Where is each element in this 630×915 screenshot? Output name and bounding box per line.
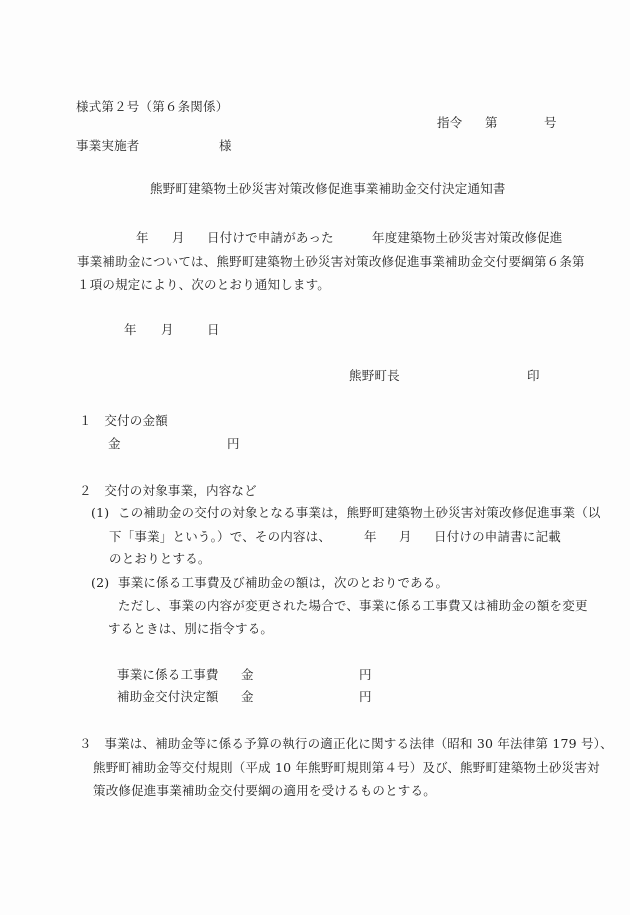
recipient-label: 事業実施者 bbox=[76, 138, 140, 154]
intro-rest: 日付けで申請があった bbox=[207, 230, 334, 246]
item-1-line-2: 下「事業」という。）で、その内容は、 bbox=[109, 529, 331, 545]
item-1-year: 年 bbox=[364, 529, 377, 545]
date-day: 日 bbox=[207, 322, 220, 338]
section-1-heading: １ 交付の金額 bbox=[79, 413, 168, 429]
item-1-rest: 日付けの申請書に記載 bbox=[434, 529, 561, 545]
amount-row-prefix: 金 bbox=[241, 689, 254, 705]
item-1-line-1: この補助金の交付の対象となる事業は，熊野町建築物土砂災害対策改修促進事業（以 bbox=[118, 505, 601, 521]
intro-month: 月 bbox=[172, 230, 185, 246]
intro-year: 年 bbox=[136, 230, 149, 246]
amount-row-prefix: 金 bbox=[241, 667, 254, 683]
section-3-line-2: 熊野町補助金等交付規則（平成 10 年熊野町規則第４号）及び、熊野町建築物土砂災… bbox=[93, 760, 600, 776]
item-2-marker: (2) bbox=[91, 575, 109, 591]
intro-line-2: 事業補助金については、熊野町建築物土砂災害対策改修促進事業補助金交付要綱第６条第 bbox=[77, 254, 585, 270]
section-1-amount-unit: 円 bbox=[227, 436, 240, 452]
item-1-marker: (1) bbox=[91, 505, 109, 521]
date-year: 年 bbox=[124, 322, 137, 338]
intro-line-3: １項の規定により、次のとおり通知します。 bbox=[77, 277, 330, 293]
item-1-month: 月 bbox=[399, 529, 412, 545]
directive-no-suffix: 号 bbox=[544, 115, 557, 131]
directive-no-prefix: 第 bbox=[485, 115, 498, 131]
item-1-line-3: のとおりとする。 bbox=[109, 551, 211, 567]
recipient-honorific: 様 bbox=[219, 138, 232, 154]
item-2-line-1: 事業に係る工事費及び補助金の額は，次のとおりである。 bbox=[118, 575, 448, 591]
directive-label: 指令 bbox=[437, 115, 462, 131]
section-3-line-3: 策改修促進事業補助金交付要綱の適用を受けるものとする。 bbox=[93, 783, 436, 799]
amount-row-label: 事業に係る工事費 bbox=[117, 667, 219, 683]
intro-fiscal: 年度建築物土砂災害対策改修促進 bbox=[372, 230, 563, 246]
amount-row-unit: 円 bbox=[359, 667, 372, 683]
item-2-line-2: ただし、事業の内容が変更された場合で、事業に係る工事費又は補助金の額を変更 bbox=[118, 598, 588, 614]
document-title: 熊野町建築物土砂災害対策改修促進事業補助金交付決定通知書 bbox=[150, 181, 506, 197]
section-1-amount-prefix: 金 bbox=[108, 436, 121, 452]
date-month: 月 bbox=[161, 322, 174, 338]
section-2-heading: ２ 交付の対象事業，内容など bbox=[79, 483, 257, 499]
seal-mark: 印 bbox=[527, 368, 540, 384]
issuer-name: 熊野町長 bbox=[349, 368, 400, 384]
section-3-line-1: ３ 事業は、補助金等に係る予算の執行の適正化に関する法律（昭和 30 年法律第 … bbox=[79, 736, 613, 752]
item-2-line-3: するときは、別に指令する。 bbox=[108, 621, 273, 637]
amount-row-label: 補助金交付決定額 bbox=[117, 689, 219, 705]
amount-row-unit: 円 bbox=[359, 689, 372, 705]
form-number: 様式第２号（第６条関係） bbox=[76, 99, 228, 115]
